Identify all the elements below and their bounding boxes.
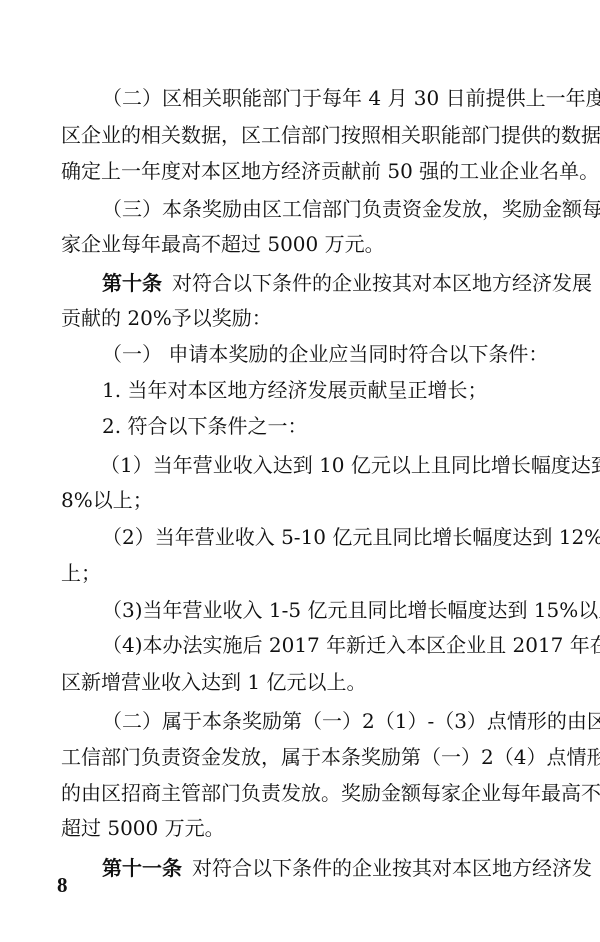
article-10-text: 对符合以下条件的企业按其对本区地方经济发展 xyxy=(172,271,592,295)
article-10-sub-1-line-2: 8%以上； xyxy=(61,487,545,513)
article-10-clause-1-intro: （一） 申请本奖励的企业应当同时符合以下条件： xyxy=(102,341,545,367)
article-11-line-1: 第十一条对符合以下条件的企业按其对本区地方经济发 xyxy=(102,855,545,881)
article-10-sub-4-line-1: （4)本办法实施后 2017 年新迁入本区企业且 2017 年在本 xyxy=(102,632,545,658)
article-10-line-1: 第十条对符合以下条件的企业按其对本区地方经济发展 xyxy=(102,270,545,296)
article-9-clause-2-line-1: （二）区相关职能部门于每年 4 月 30 日前提供上一年度本 xyxy=(102,85,545,111)
article-9-clause-3-line-2: 家企业每年最高不超过 5000 万元。 xyxy=(61,231,545,257)
article-10-line-2: 贡献的 20%予以奖励： xyxy=(61,305,545,331)
article-11-text: 对符合以下条件的企业按其对本区地方经济发 xyxy=(192,856,592,880)
article-9-clause-2-line-2: 区企业的相关数据，区工信部门按照相关职能部门提供的数据 xyxy=(61,122,545,148)
article-10-sub-2-line-1: （2）当年营业收入 5-10 亿元且同比增长幅度达到 12%以 xyxy=(102,524,545,550)
article-11-heading: 第十一条 xyxy=(102,856,182,880)
document-page: （二）区相关职能部门于每年 4 月 30 日前提供上一年度本 区企业的相关数据，… xyxy=(0,0,600,942)
article-9-clause-3-line-1: （三）本条奖励由区工信部门负责资金发放，奖励金额每 xyxy=(102,196,545,222)
page-number: 8 xyxy=(57,872,68,898)
article-10-clause-2-line-3: 的由区招商主管部门负责发放。奖励金额每家企业每年最高不 xyxy=(61,780,545,806)
article-10-heading: 第十条 xyxy=(102,271,162,295)
article-10-sub-4-line-2: 区新增营业收入达到 1 亿元以上。 xyxy=(61,669,545,695)
article-10-sub-2-line-2: 上； xyxy=(61,560,545,586)
article-10-item-1: 1. 当年对本区地方经济发展贡献呈正增长； xyxy=(102,377,545,403)
article-9-clause-2-line-3: 确定上一年度对本区地方经济贡献前 50 强的工业企业名单。 xyxy=(61,158,545,184)
article-10-clause-2-line-1: （二）属于本条奖励第（一）2（1）-（3）点情形的由区 xyxy=(102,708,545,734)
article-10-clause-2-line-4: 超过 5000 万元。 xyxy=(61,815,545,841)
article-10-clause-2-line-2: 工信部门负责资金发放，属于本条奖励第（一）2（4）点情形 xyxy=(61,744,545,770)
article-10-sub-3: （3)当年营业收入 1-5 亿元且同比增长幅度达到 15%以上； xyxy=(102,597,545,623)
article-10-sub-1-line-1: （1）当年营业收入达到 10 亿元以上且同比增长幅度达到 xyxy=(100,452,545,478)
article-10-item-2: 2. 符合以下条件之一： xyxy=(102,413,545,439)
